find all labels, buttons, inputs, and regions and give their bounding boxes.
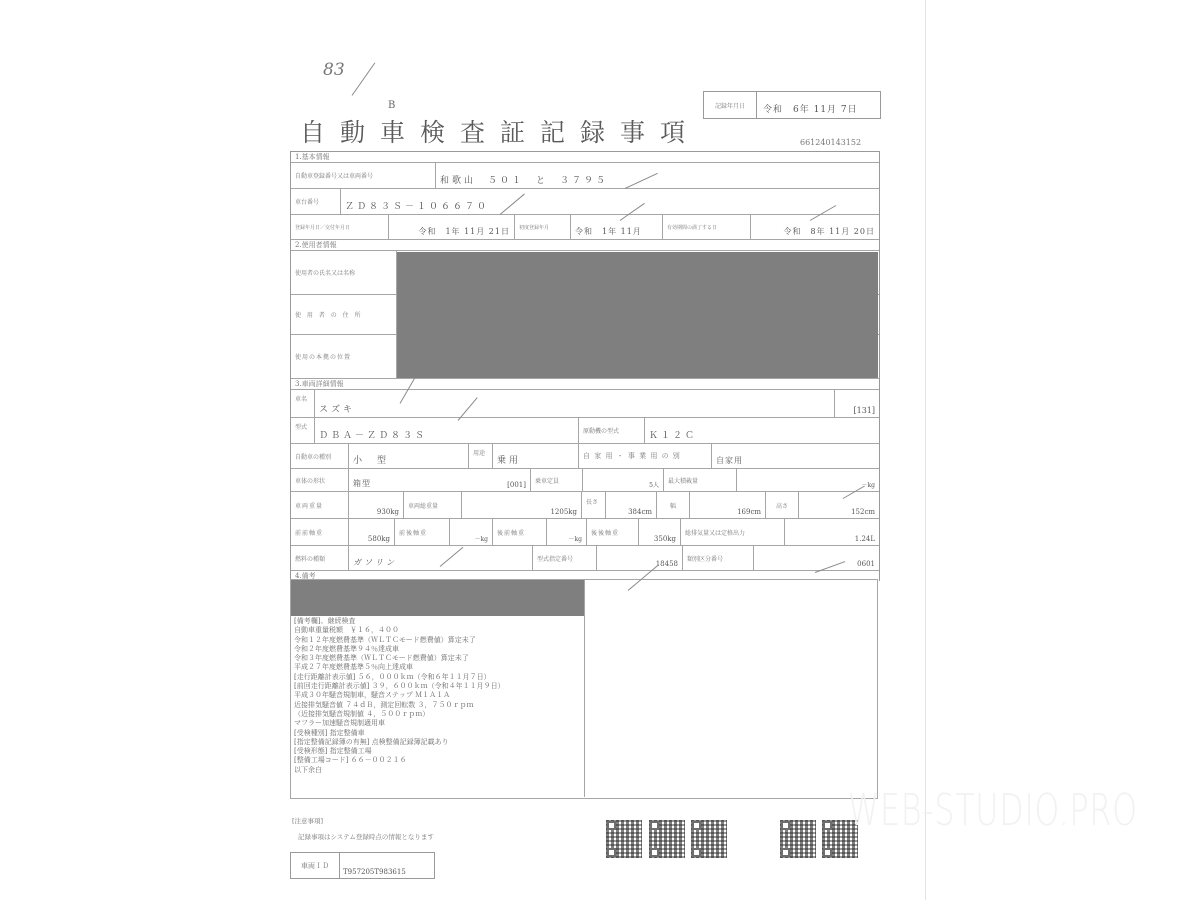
vehicle-type-value: 小 型: [349, 444, 469, 468]
rear-rear-axle-label: 後後軸重: [587, 519, 639, 545]
remarks-line: 平成２７年度燃費基準５％向上達成車: [294, 663, 584, 672]
width-value: 169cm: [690, 492, 766, 518]
document-number: 661240143152: [800, 138, 861, 147]
front-front-axle-label: 前前軸重: [291, 519, 349, 545]
remarks-line: [受検種別] 指定整備車: [294, 729, 584, 738]
body-shape-cell: 箱型 [001]: [349, 469, 531, 491]
fuel-label: 燃料の種類: [291, 546, 349, 570]
make-label: 車名: [291, 390, 315, 417]
notes-text: 記録事項はシステム登録時点の情報となります: [292, 829, 434, 845]
section-user-heading: 2.使用者情報: [291, 240, 879, 251]
type-designation-label: 型式指定番号: [533, 546, 597, 570]
height-label: 高さ: [766, 492, 799, 518]
displacement-label: 総排気量又は定格出力: [681, 519, 785, 545]
rear-front-axle-value: －kg: [547, 519, 587, 545]
registration-label: 自動車登録番号又は車両番号: [291, 163, 436, 188]
body-shape-label: 車体の形状: [291, 469, 349, 491]
notes-block: [注意事項] 記録事項はシステム登録時点の情報となります: [292, 813, 434, 845]
watermark: WEB-STUDIO.PRO: [848, 785, 1138, 836]
width-label: 幅: [657, 492, 690, 518]
record-date-box: 記録年月日 令和 6年 11月 7日: [703, 91, 881, 119]
remarks-line: 令和３年度燃費基準（ＷＬＴＣモード燃費値）算定未了: [294, 654, 584, 663]
qr-code-icon: [780, 820, 816, 858]
chassis-label: 車台番号: [291, 189, 341, 214]
base-location-label: 使用の本拠の位置: [291, 335, 397, 378]
record-date-label: 記録年月日: [704, 92, 757, 118]
length-label: 長さ: [582, 492, 606, 518]
use-value: 乗用: [493, 444, 579, 468]
first-reg-label: 登録年月日／交付年月日: [291, 215, 389, 239]
notes-heading: [注意事項]: [292, 813, 434, 829]
private-business-label: 自 家 用 ・ 事 業 用 の 別: [579, 444, 712, 468]
use-label: 用途: [469, 444, 493, 468]
engine-value: Ｋ１２Ｃ: [645, 418, 879, 443]
category-value: 0601: [754, 546, 879, 570]
category-label: 類別区分番号: [683, 546, 754, 570]
qr-code-icon: [649, 820, 685, 858]
capacity-label: 乗車定員: [531, 469, 583, 491]
remarks-line: [整備工場コード] ６６－００２１６: [294, 756, 584, 765]
front-rear-axle-value: －kg: [450, 519, 493, 545]
remarks-line: 近接排気騒音値 ７４ｄＢ，測定回転数 ３，７５０ｒｐｍ: [294, 701, 584, 710]
max-load-value: －kg: [737, 469, 879, 491]
document-title: 自動車検査証記録事項: [300, 113, 700, 149]
initial-reg-value: 令和 1年 11月: [571, 215, 663, 239]
remarks-text: [備考欄]、継続検査自動車重量税額 ￥１６，４００令和１２年度燃費基準（ＷＬＴＣ…: [294, 617, 584, 775]
record-date-value: 令和 6年 11月 7日: [757, 92, 880, 118]
remarks-line: [走行距離計表示値] ５６，０００ｋｍ（令和６年１１月７日）: [294, 673, 584, 682]
remarks-line: 平成３０年騒音規制車，騒音ステップ Ｍ１Ａ１Ａ: [294, 691, 584, 700]
sheet-letter: B: [388, 100, 395, 111]
handwritten-number: 83: [323, 60, 345, 80]
remarks-line: 令和２年度燃費基準９４％達成車: [294, 645, 584, 654]
pen-mark: [352, 62, 376, 95]
weight-value: 930kg: [349, 492, 404, 518]
model-value: ＤＢＡ－ＺＤ８３Ｓ: [315, 418, 579, 443]
make-code: [131]: [835, 390, 879, 417]
remarks-line: マフラー加速騒音規制適用車: [294, 719, 584, 728]
front-rear-axle-label: 前後軸重: [395, 519, 450, 545]
remarks-line: 以下余白: [294, 766, 584, 775]
remarks-line: [前回走行距離計表示値] ３９，６００ｋｍ（令和４年１１月９日）: [294, 682, 584, 691]
engine-label: 原動機の型式: [579, 418, 645, 443]
type-designation-value: 18458: [597, 546, 683, 570]
front-front-axle-value: 580kg: [349, 519, 395, 545]
expiry-value: 令和 8年 11月 20日: [751, 215, 879, 239]
registration-value: 和歌山 ５０１ と ３７９５: [436, 163, 879, 188]
page-edge: [925, 0, 926, 900]
gross-weight-label: 車両総重量: [404, 492, 462, 518]
section-basic-heading: 1.基本情報: [291, 152, 879, 163]
length-value: 384cm: [606, 492, 657, 518]
remarks-line: [備考欄]、継続検査: [294, 617, 584, 626]
rear-front-axle-label: 後前軸重: [493, 519, 547, 545]
weight-label: 車両重量: [291, 492, 349, 518]
first-reg-value: 令和 1年 11月 21日: [389, 215, 515, 239]
qr-code-icon: [606, 820, 642, 858]
capacity-value: 5人: [583, 469, 664, 491]
max-load-label: 最大積載量: [664, 469, 737, 491]
body-shape-value: 箱型: [353, 478, 371, 489]
displacement-value: 1.24L: [785, 519, 879, 545]
initial-reg-label: 初度登録年月: [515, 215, 571, 239]
chassis-value: ＺＤ８３Ｓ－１０６６７０: [341, 189, 879, 214]
make-value: スズキ: [315, 390, 835, 417]
remarks-line: （近接排気騒音規制値 ４，５００ｒｐｍ）: [294, 710, 584, 719]
remarks-line: [受検形態] 指定整備工場: [294, 747, 584, 756]
remarks-line: 自動車重量税額 ￥１６，４００: [294, 626, 584, 635]
model-label: 型式: [291, 418, 315, 443]
body-shape-code: [001]: [507, 481, 526, 489]
vehicle-id-box: 車両ＩＤ T957205T983615: [290, 852, 435, 879]
rear-rear-axle-value: 350kg: [639, 519, 681, 545]
section-vehicle-heading: 3.車両詳細情報: [291, 379, 879, 390]
remarks-divider: [584, 579, 585, 797]
height-value: 152cm: [799, 492, 879, 518]
remarks-line: [指定整備記録簿の有無] 点検整備記録簿記載あり: [294, 738, 584, 747]
expiry-label: 有効期間の満了する日: [663, 215, 751, 239]
fuel-value: ガソリン: [349, 546, 533, 570]
vehicle-id-label: 車両ＩＤ: [291, 853, 340, 878]
vehicle-type-label: 自動車の種別: [291, 444, 349, 468]
gross-weight-value: 1205kg: [462, 492, 582, 518]
redacted-user-info: [397, 252, 878, 378]
private-business-value: 自家用: [712, 444, 879, 468]
qr-code-icon: [691, 820, 727, 858]
remarks-line: 令和１２年度燃費基準（ＷＬＴＣモード燃費値）算定未了: [294, 636, 584, 645]
user-name-label: 使用者の氏名又は名称: [291, 251, 397, 294]
vehicle-id-value: T957205T983615: [340, 853, 434, 878]
user-address-label: 使 用 者 の 住 所: [291, 295, 397, 334]
